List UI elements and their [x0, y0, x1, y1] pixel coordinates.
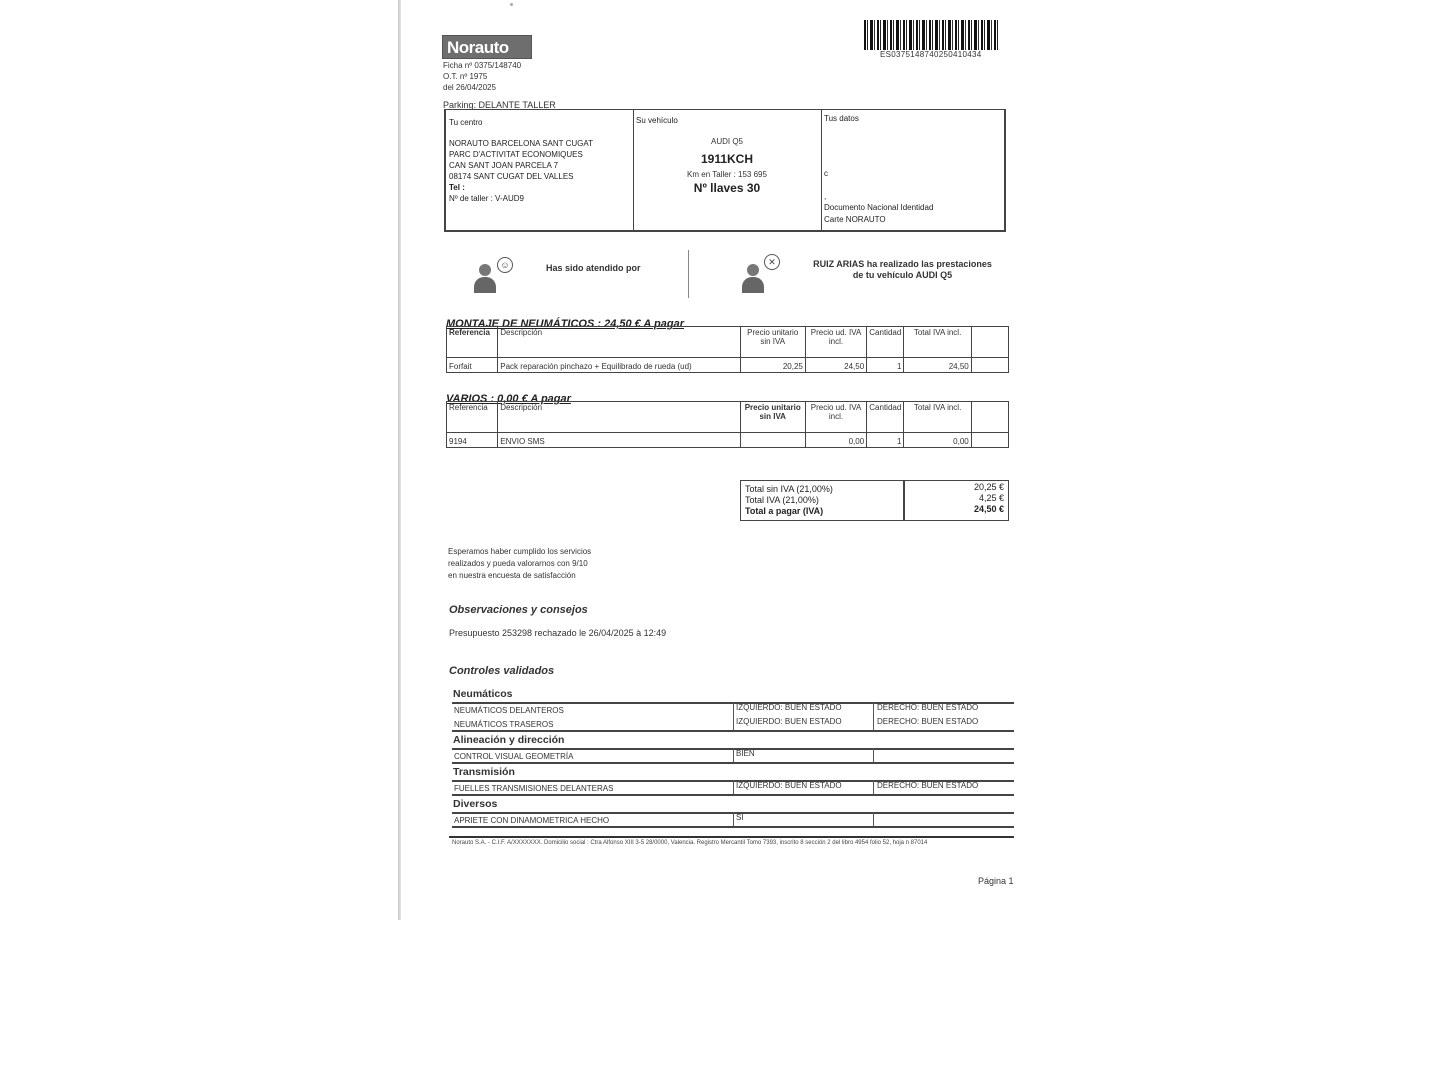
centro-address: NORAUTO BARCELONA SANT CUGAT PARC D'ACTI… — [449, 138, 593, 204]
mechanic-text-line: de tu vehículo AUDI Q5 — [800, 270, 1005, 281]
col-precio-iva: Precio ud. IVA incl. — [805, 402, 866, 433]
cell-ref: Forfait — [447, 358, 498, 373]
table-row: 9194 ENVIO SMS 0,00 1 0,00 — [447, 433, 1009, 448]
col-descripcion: Descripción — [498, 402, 740, 433]
varios-table: Referencia Descripción Precio unitario s… — [446, 401, 1009, 448]
vehiculo-section: Su vehículo AUDI Q5 1911KCH Km en Taller… — [633, 110, 822, 230]
control-item-left-status: IZQUIERDO: BUEN ESTADO — [736, 781, 842, 790]
col-empty — [971, 327, 1008, 358]
mechanic-text: RUIZ ARIAS ha realizado las prestaciones… — [800, 259, 1005, 281]
col-precio-unitario: Precio unitario sin IVA — [740, 327, 805, 358]
cell-total: 0,00 — [904, 433, 971, 448]
control-category-title: Diversos — [453, 798, 497, 810]
total-pagar-value: 24,50 € — [974, 504, 1004, 515]
control-col-separator — [733, 702, 734, 730]
vehicle-model: AUDI Q5 — [633, 136, 821, 147]
centro-section: Tu centro NORAUTO BARCELONA SANT CUGAT P… — [446, 110, 634, 230]
control-col-separator — [733, 812, 734, 826]
montaje-table: Referencia Descripción Precio unitario s… — [446, 326, 1009, 373]
col-referencia: Referencia — [447, 327, 498, 358]
control-col-separator — [873, 702, 874, 730]
total-pagar-label: Total a pagar (IVA) — [745, 506, 833, 517]
centro-line: 08174 SANT CUGAT DEL VALLES — [449, 171, 593, 182]
cell-ref: 9194 — [447, 433, 498, 448]
control-item-label: NEUMÁTICOS DELANTEROS — [454, 706, 564, 715]
table-row: Forfait Pack reparación pinchazo + Equil… — [447, 358, 1009, 373]
centro-taller: Nº de taller : V-AUD9 — [449, 193, 593, 204]
attention-divider — [688, 250, 689, 298]
page-number: Página 1 — [978, 876, 1014, 886]
col-total: Total IVA incl. — [904, 327, 971, 358]
control-item-label: NEUMÁTICOS TRASEROS — [454, 720, 553, 729]
control-item-left-status: IZQUIERDO: BUEN ESTADO — [736, 703, 842, 712]
centro-line: NORAUTO BARCELONA SANT CUGAT — [449, 138, 593, 149]
control-item-rule — [452, 730, 1014, 732]
document-date: del 26/04/2025 — [443, 82, 496, 93]
total-sin-iva-value: 20,25 € — [974, 482, 1004, 493]
control-item-label: APRIETE CON DINAMOMETRICA HECHO — [454, 816, 609, 825]
col-referencia: Referencia — [447, 402, 498, 433]
mechanic-person-icon — [742, 264, 764, 300]
barcode-number: ES0375148740250410434 — [880, 50, 982, 59]
control-item-right-status: DERECHO: BUEN ESTADO — [877, 781, 978, 790]
table-header-row: Referencia Descripción Precio unitario s… — [447, 327, 1009, 358]
total-iva-label: Total IVA (21,00%) — [745, 495, 833, 506]
table-header-row: Referencia Descripción Precio unitario s… — [447, 402, 1009, 433]
survey-line: realizados y pueda valorarnos con 9/10 — [448, 558, 591, 570]
centro-line: CAN SANT JOAN PARCELA 7 — [449, 160, 593, 171]
datos-dni: Documento Nacional Identidad — [824, 203, 933, 212]
control-category-title: Alineación y dirección — [453, 734, 564, 746]
col-empty — [971, 402, 1008, 433]
cell-empty — [971, 358, 1008, 373]
datos-line: , — [824, 192, 826, 201]
control-item-label: FUELLES TRANSMISIONES DELANTERAS — [454, 784, 613, 793]
cell-unit-iva: 24,50 — [805, 358, 866, 373]
control-item-left-status: IZQUIERDO: BUEN ESTADO — [736, 717, 842, 726]
observations-text: Presupuesto 253298 rechazado le 26/04/20… — [449, 628, 666, 639]
vehicle-km: Km en Taller : 153 695 — [633, 169, 821, 180]
datos-label: Tus datos — [824, 114, 859, 123]
control-item-right-status: DERECHO: BUEN ESTADO — [877, 703, 978, 712]
cell-empty — [971, 433, 1008, 448]
col-precio-iva: Precio ud. IVA incl. — [805, 327, 866, 358]
ficha-number: Ficha nº 0375/148740 — [443, 60, 521, 71]
attended-by-text: Has sido atendido por — [546, 263, 641, 274]
centro-tel: Tel : — [449, 182, 593, 193]
control-item-rule — [452, 826, 1014, 828]
control-item-left-status: SI — [736, 813, 744, 822]
control-col-separator — [733, 748, 734, 762]
survey-line: en nuestra encuesta de satisfacción — [448, 570, 591, 582]
mechanic-text-line: RUIZ ARIAS ha realizado las prestaciones — [800, 259, 1005, 270]
cell-desc: ENVIO SMS — [498, 433, 740, 448]
cell-unit — [740, 433, 805, 448]
col-descripcion: Descripción — [498, 327, 740, 358]
norauto-logo: Norauto — [442, 35, 532, 59]
tools-bubble-icon: ✕ — [764, 254, 780, 270]
controls-title: Controles validados — [449, 665, 554, 677]
control-col-separator — [733, 780, 734, 794]
totals-values: 20,25 € 4,25 € 24,50 € — [974, 482, 1004, 515]
control-item-rule — [452, 794, 1014, 796]
datos-section: Tus datos c , Documento Nacional Identid… — [821, 110, 1004, 230]
control-col-separator — [873, 780, 874, 794]
survey-line: Esperamos haber cumplido los servicios — [448, 546, 591, 558]
control-item-rule — [452, 762, 1014, 764]
survey-message: Esperamos haber cumplido los servicios r… — [448, 546, 591, 582]
control-col-separator — [873, 748, 874, 762]
totals-separator — [903, 481, 905, 520]
scan-speck — [510, 3, 513, 6]
smile-bubble-icon: ☺ — [497, 257, 513, 273]
control-col-separator — [873, 812, 874, 826]
vehicle-keys: Nº llaves 30 — [633, 181, 821, 195]
control-category-title: Transmisión — [453, 766, 515, 778]
total-sin-iva-label: Total sin IVA (21,00%) — [745, 484, 833, 495]
vehiculo-label: Su vehículo — [636, 116, 678, 125]
total-iva-value: 4,25 € — [974, 493, 1004, 504]
control-item-left-status: BIEN — [736, 749, 755, 758]
scan-edge — [398, 0, 401, 920]
info-box: Tu centro NORAUTO BARCELONA SANT CUGAT P… — [444, 109, 1006, 232]
control-category-title: Neumáticos — [453, 688, 513, 700]
footer-legal: Norauto S.A. - C.I.F. A/XXXXXXX. Domicil… — [452, 840, 927, 846]
control-item-label: CONTROL VISUAL GEOMETRÍA — [454, 752, 573, 761]
advisor-person-icon — [474, 264, 496, 300]
datos-carte: Carte NORAUTO — [824, 215, 886, 224]
totals-box: Total sin IVA (21,00%) Total IVA (21,00%… — [740, 480, 1009, 521]
datos-line: c — [824, 169, 828, 178]
footer-rule — [449, 836, 1014, 838]
cell-qty: 1 — [867, 358, 904, 373]
cell-qty: 1 — [867, 433, 904, 448]
cell-total: 24,50 — [904, 358, 971, 373]
col-total: Total IVA incl. — [904, 402, 971, 433]
vehicle-plate: 1911KCH — [633, 152, 821, 166]
cell-desc: Pack reparación pinchazo + Equilibrado d… — [498, 358, 740, 373]
cell-unit-iva: 0,00 — [805, 433, 866, 448]
col-cantidad: Cantidad — [867, 327, 904, 358]
cell-unit: 20,25 — [740, 358, 805, 373]
centro-line: PARC D'ACTIVITAT ECONOMIQUES — [449, 149, 593, 160]
totals-labels: Total sin IVA (21,00%) Total IVA (21,00%… — [745, 484, 833, 517]
centro-label: Tu centro — [449, 118, 483, 127]
col-cantidad: Cantidad — [867, 402, 904, 433]
col-precio-unitario: Precio unitario sin IVA — [740, 402, 805, 433]
ot-number: O.T. nº 1975 — [443, 71, 487, 82]
observations-title: Observaciones y consejos — [449, 604, 588, 616]
control-item-right-status: DERECHO: BUEN ESTADO — [877, 717, 978, 726]
barcode-image — [864, 20, 1000, 50]
